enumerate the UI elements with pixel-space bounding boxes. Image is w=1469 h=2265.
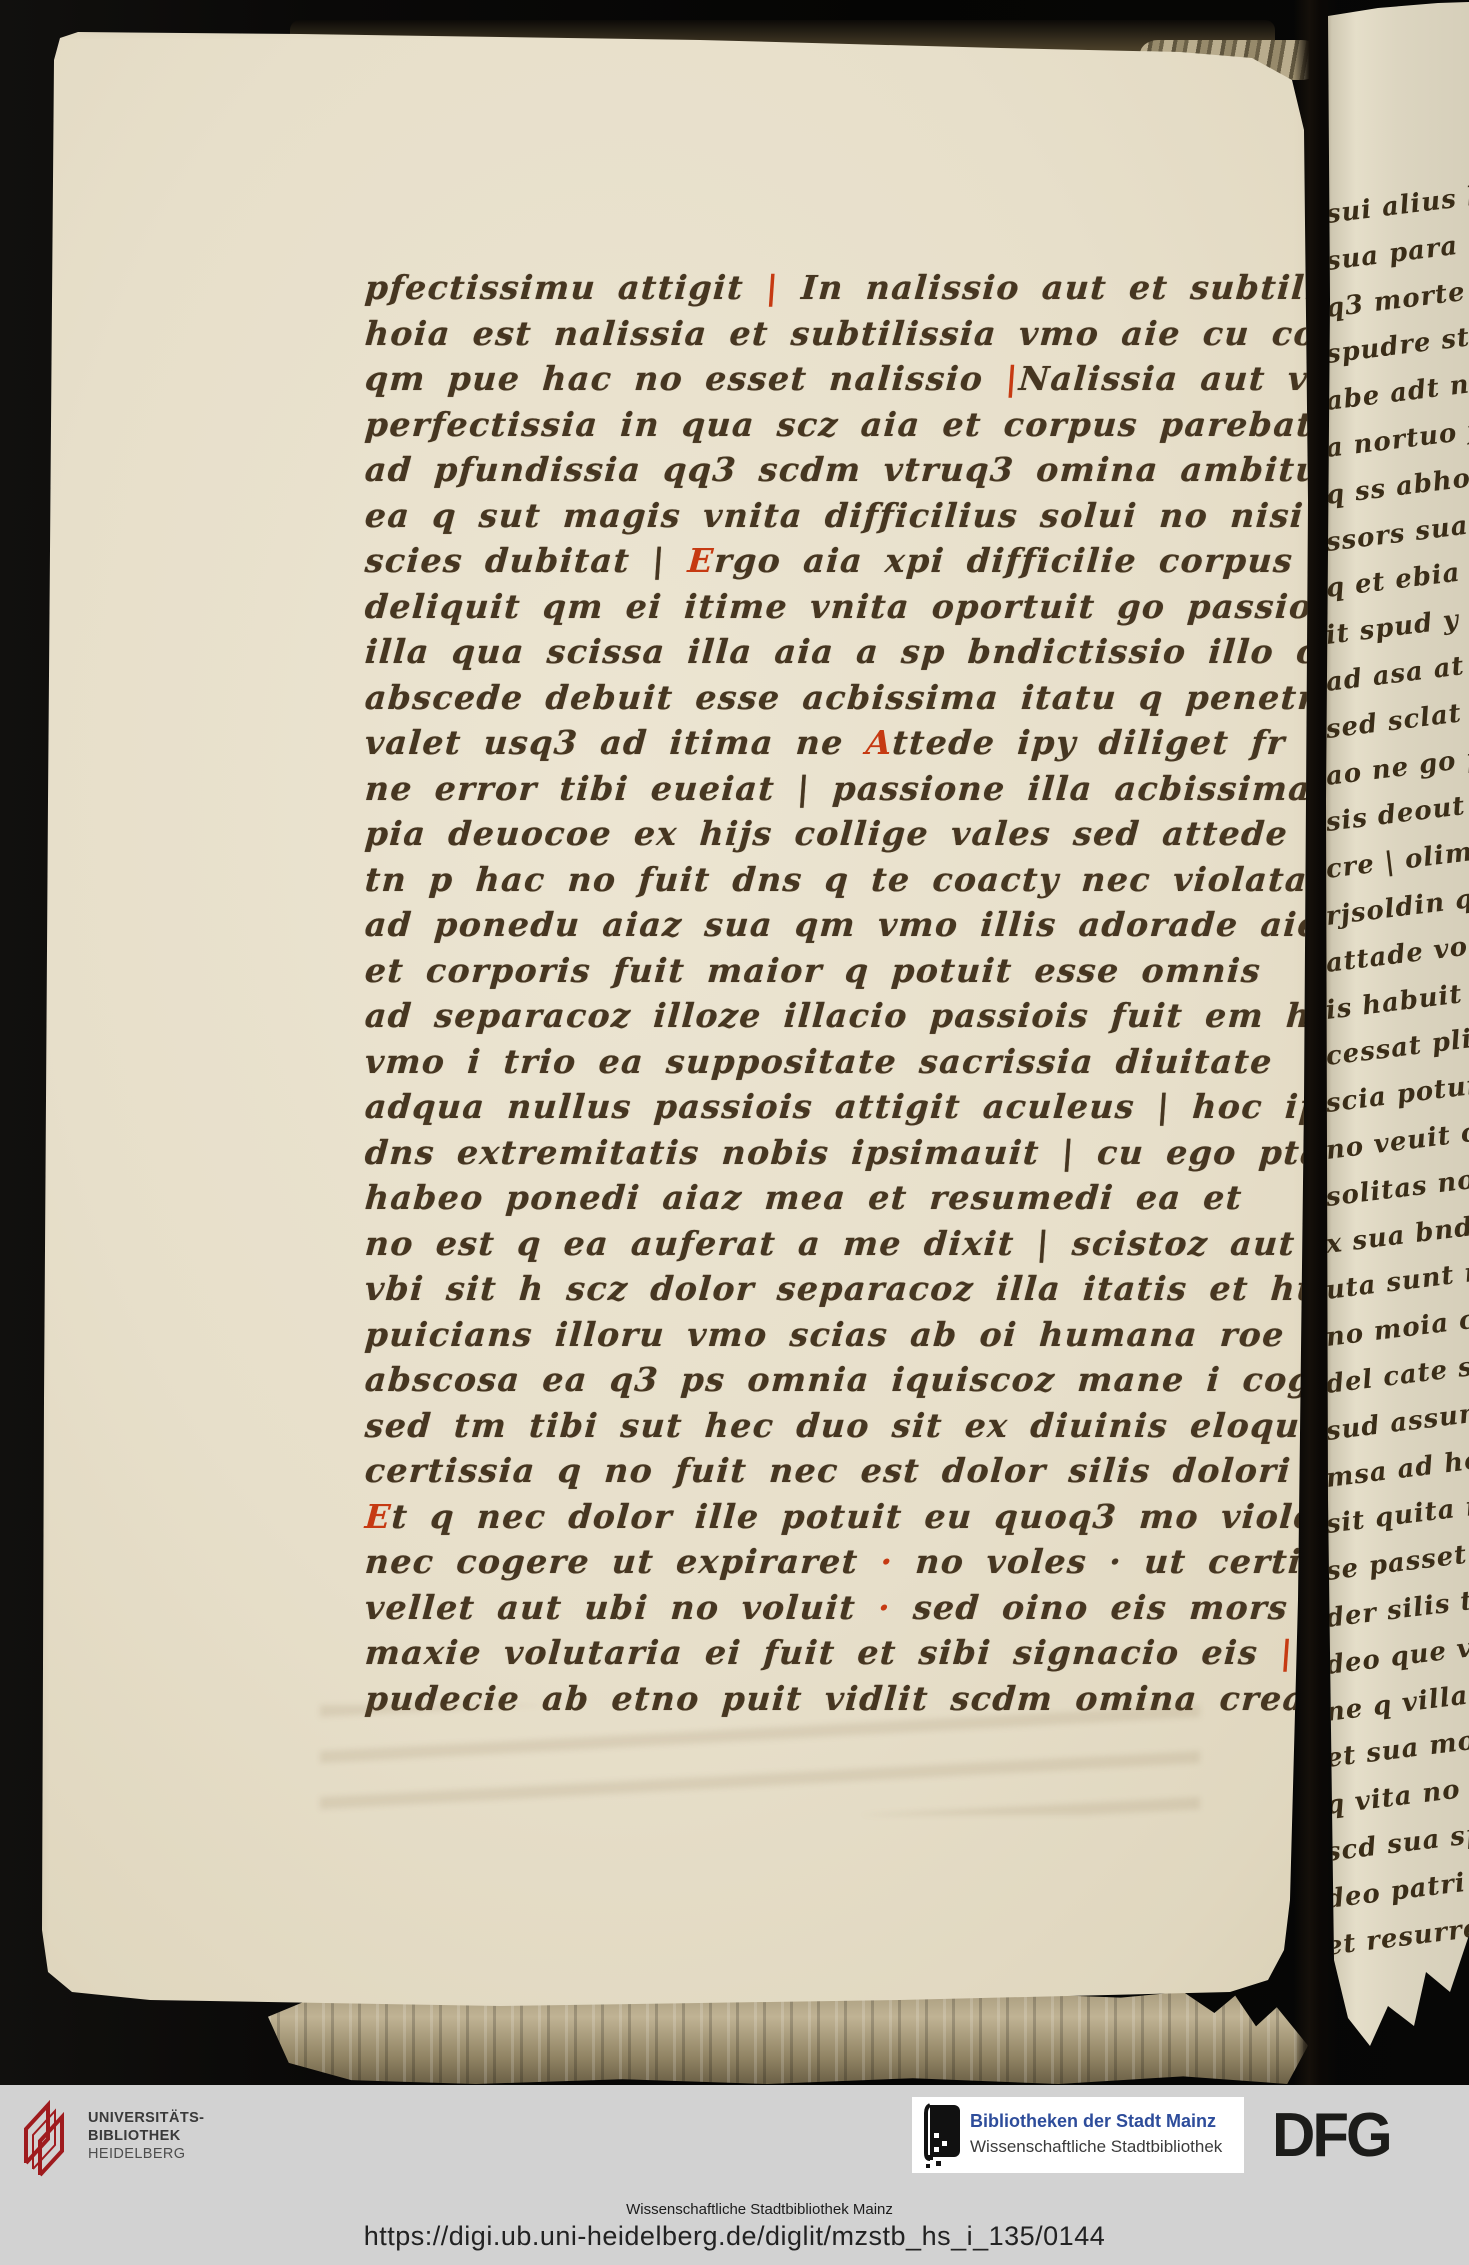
ink-text: pia deuocoe ex hijs collige vales sed at…: [364, 814, 1337, 853]
ink-text: scies dubitat |: [364, 541, 690, 580]
dfg-logo: DFG: [1272, 2106, 1390, 2164]
ink-text: ad pfundissia qq3 scdm vtruq3 omina ambi…: [364, 450, 1447, 489]
ink-text: abscede debuit esse acbissima itatu q pe…: [364, 678, 1341, 717]
ink-show-through: [320, 1705, 1200, 1815]
ub-heidelberg-wordmark: UNIVERSITÄTS- BIBLIOTHEK HEIDELBERG: [88, 2109, 204, 2163]
footer-branding-bar: UNIVERSITÄTS- BIBLIOTHEK HEIDELBERG Bibl…: [0, 2085, 1469, 2265]
manuscript-line: vmo i trio ea suppositate sacrissia diui…: [364, 1042, 1275, 1081]
ink-text: puicians illoru vmo scias ab oi humana r…: [364, 1315, 1287, 1354]
manuscript-left-page: pfectissimu attigit | In nalissio aut et…: [0, 0, 1469, 2085]
manuscript-line: Et q nec dolor ille potuit eu quoq3 mo v…: [364, 1497, 1399, 1536]
manuscript-line: sed tm tibi sut hec duo sit ex diuinis e…: [364, 1406, 1350, 1445]
facing-page-line-fragment: cre | olim sua: [1324, 830, 1469, 886]
ink-text: hoia est nalissia et subtilissia vmo aie…: [364, 314, 1385, 353]
manuscript-line: nec cogere ut expiraret · no voles · ut …: [364, 1542, 1371, 1581]
ink-text: dns extremitatis nobis ipsimauit | cu eg…: [364, 1133, 1364, 1172]
ub-line3: HEIDELBERG: [88, 2145, 204, 2163]
ink-text: maxie volutaria ei fuit et sibi signacio…: [364, 1633, 1282, 1672]
manuscript-line: adqua nullus passiois attigit aculeus | …: [364, 1087, 1348, 1126]
manuscript-line: qm pue hac no esset nalissio |Nalissia a…: [364, 359, 1451, 398]
manuscript-line: ad separacoz illoze illacio passiois fui…: [364, 996, 1381, 1035]
ink-text: pfectissimu attigit: [364, 268, 768, 307]
ink-text: habeo ponedi aiaz mea et resumedi ea et: [364, 1178, 1244, 1217]
facing-page-line-fragment: scd sua sponte: [1324, 1810, 1469, 1868]
footer-caption: Wissenschaftliche Stadtbibliothek Mainz: [50, 2201, 1469, 2218]
manuscript-line: puicians illoru vmo scias ab oi humana r…: [364, 1315, 1287, 1354]
rubric-mark: A: [865, 723, 894, 762]
facing-page-edge: sui alius hic iasua para mortuoq3 morte …: [1318, 0, 1469, 2085]
rubric-mark: E: [364, 1497, 393, 1536]
manuscript-line: deliquit qm ei itime vnita oportuit go p…: [364, 587, 1335, 626]
ink-text: ad separacoz illoze illacio passiois fui…: [364, 996, 1381, 1035]
manuscript-line: ad pfundissia qq3 scdm vtruq3 omina ambi…: [364, 450, 1447, 489]
ink-text: certissia q no fuit nec est dolor silis …: [364, 1451, 1372, 1490]
ink-text: t q nec dolor ille potuit eu quoq3 mo vi…: [390, 1497, 1398, 1536]
facing-page-line-fragment: attade volutar: [1324, 922, 1469, 979]
manuscript-line: hoia est nalissia et subtilissia vmo aie…: [364, 314, 1385, 353]
ink-text: deliquit qm ei itime vnita oportuit go p…: [364, 587, 1335, 626]
mainz-line2: Wissenschaftliche Stadtbibliothek: [970, 2134, 1222, 2159]
ink-text: ne error tibi eueiat | passione illa acb…: [364, 769, 1335, 808]
mainz-library-logo-box: Bibliotheken der Stadt Mainz Wissenschaf…: [912, 2097, 1244, 2173]
manuscript-line: no est q ea auferat a me dixit | scistoz…: [364, 1224, 1297, 1263]
manuscript-line: ad ponedu aiaz sua qm vmo illis adorade …: [364, 905, 1322, 944]
manuscript-line: vellet aut ubi no voluit · sed oino eis …: [364, 1588, 1326, 1627]
ink-text: rgo aia xpi difficilie corpus: [713, 541, 1295, 580]
ink-text: valet usq3 ad itima ne: [364, 723, 868, 762]
ink-text: et corporis fuit maior q potuit esse omn…: [364, 951, 1263, 990]
ink-text: vmo i trio ea suppositate sacrissia diui…: [364, 1042, 1275, 1081]
manuscript-line: scies dubitat | Ergo aia xpi difficilie …: [364, 541, 1295, 580]
mainz-wordmark: Bibliotheken der Stadt Mainz Wissenschaf…: [970, 2109, 1222, 2159]
manuscript-line: dns extremitatis nobis ipsimauit | cu eg…: [364, 1133, 1364, 1172]
manuscript-line: pia deuocoe ex hijs collige vales sed at…: [364, 814, 1337, 853]
ink-text: vbi sit h scz dolor separacoz illa itati…: [364, 1269, 1338, 1308]
manuscript-line: ea q sut magis vnita difficilius solui n…: [364, 496, 1420, 535]
ink-text: In nalissio aut et subtilissio: [778, 268, 1398, 307]
ink-text: tn p hac no fuit dns q te coacty nec vio…: [364, 860, 1347, 899]
mainz-book-icon: [922, 2103, 964, 2169]
ink-text: adqua nullus passiois attigit aculeus | …: [364, 1087, 1348, 1126]
mainz-line1: Bibliotheken der Stadt Mainz: [970, 2109, 1222, 2134]
ink-text: illa qua scissa illa aia a sp bndictissi…: [364, 632, 1451, 671]
manuscript-line: abscosa ea q3 ps omnia iquiscoz mane i c…: [364, 1360, 1429, 1399]
facing-page-line-fragment: ne q villa sua: [1324, 1673, 1469, 1728]
manuscript-line: habeo ponedi aiaz mea et resumedi ea et: [364, 1178, 1244, 1217]
manuscript-line: maxie volutaria ei fuit et sibi signacio…: [364, 1633, 1296, 1672]
manuscript-line: ne error tibi eueiat | passione illa acb…: [364, 769, 1348, 808]
ink-text: ea q sut magis vnita difficilius solui n…: [364, 496, 1420, 535]
ink-text: no est q ea auferat a me dixit | scistoz…: [364, 1224, 1297, 1263]
ink-text: sed tm tibi sut hec duo sit ex diuinis e…: [364, 1406, 1350, 1445]
manuscript-line: valet usq3 ad itima ne Attede ipy dilige…: [364, 723, 1288, 762]
ink-text: qm pue hac no esset nalissio: [364, 359, 1007, 398]
manuscript-line: certissia q no fuit nec est dolor silis …: [364, 1451, 1372, 1490]
facing-page-line-fragment: sed sclat | ler: [1324, 689, 1469, 744]
ink-text: abscosa ea q3 ps omnia iquiscoz mane i c…: [364, 1360, 1429, 1399]
manuscript-line: tn p hac no fuit dns q te coacty nec vio…: [364, 860, 1347, 899]
facing-page-line-fragment: sui alius hic ia: [1324, 172, 1469, 230]
ink-text: ad ponedu aiaz sua qm vmo illis adorade …: [364, 905, 1322, 944]
ub-line2: BIBLIOTHEK: [88, 2127, 204, 2145]
ink-text: nec cogere ut expiraret: [364, 1542, 882, 1581]
ink-text: sed oino eis mors: [890, 1588, 1312, 1627]
digitized-manuscript-view: sui alius hic iasua para mortuoq3 morte …: [0, 0, 1469, 2265]
ub-line1: UNIVERSITÄTS-: [88, 2109, 204, 2127]
footer-source-url: https://digi.ub.uni-heidelberg.de/diglit…: [0, 2221, 1469, 2252]
manuscript-line: pfectissimu attigit | In nalissio aut et…: [364, 268, 1399, 307]
facing-page-line-fragment: sis deout tota: [1324, 783, 1469, 839]
rubric-mark: E: [686, 541, 715, 580]
ink-text: vellet aut ubi no voluit: [364, 1588, 880, 1627]
ink-text: ttede ipy diliget fr: [891, 723, 1287, 762]
rubric-mark: |: [1279, 1633, 1295, 1672]
photo-stage: sui alius hic iasua para mortuoq3 morte …: [0, 0, 1469, 2085]
manuscript-line: vbi sit h scz dolor separacoz illa itati…: [364, 1269, 1338, 1308]
manuscript-line: perfectissia in qua scz aia et corpus pa…: [364, 405, 1427, 444]
ink-text: perfectissia in qua scz aia et corpus pa…: [364, 405, 1427, 444]
manuscript-line: illa qua scissa illa aia a sp bndictissi…: [364, 632, 1451, 671]
ub-heidelberg-logo-icon: [16, 2097, 76, 2183]
manuscript-line: et corporis fuit maior q potuit esse omn…: [364, 951, 1263, 990]
manuscript-line: abscede debuit esse acbissima itatu q pe…: [364, 678, 1341, 717]
